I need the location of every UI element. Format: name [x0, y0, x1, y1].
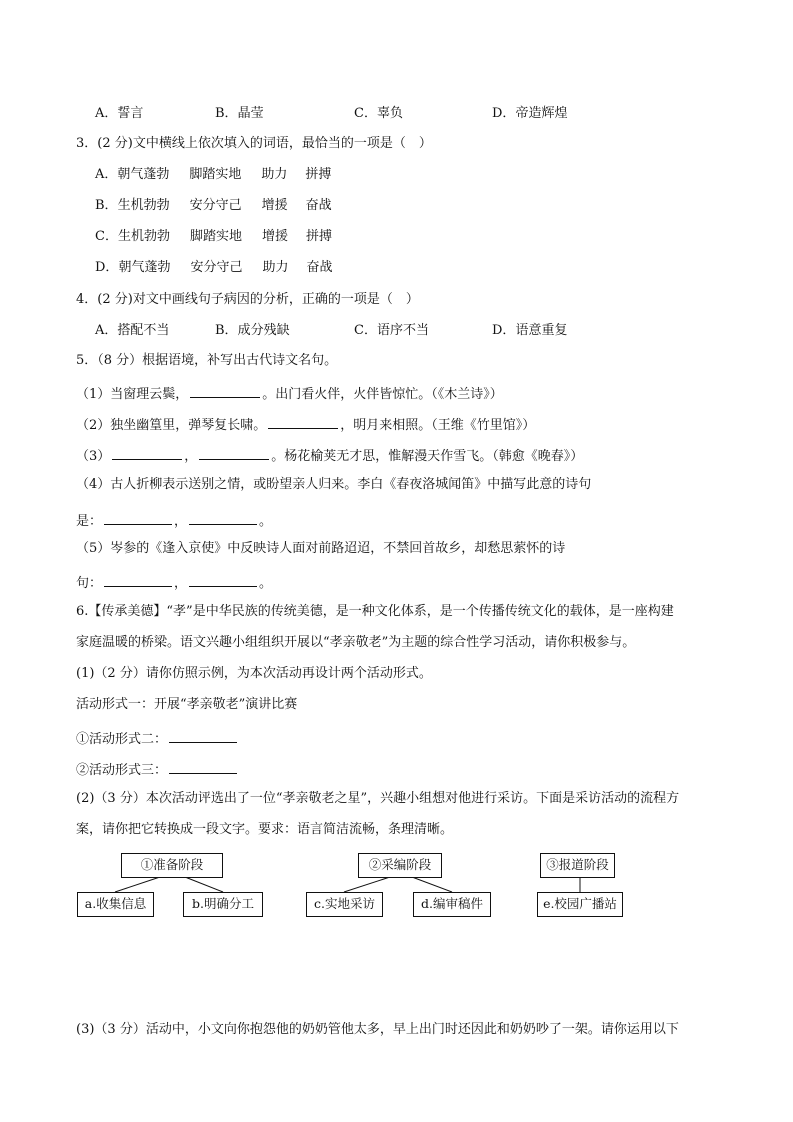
step-box-c: c.实地采访 — [306, 892, 383, 917]
step-box-b: b.明确分工 — [183, 892, 263, 917]
step-box-d: d.编审稿件 — [413, 892, 491, 917]
flowchart-connectors — [0, 0, 793, 1122]
stage-box-report: ③报道阶段 — [540, 853, 615, 878]
step-box-e: e.校园广播站 — [537, 892, 623, 917]
q6-sub3-stem-line1: (3)（3 分）活动中，小文向你抱怨他的奶奶管他太多，早上出门时还因此和奶奶吵了… — [76, 1022, 679, 1038]
step-box-a: a.收集信息 — [77, 892, 154, 917]
stage-box-edit: ②采编阶段 — [358, 853, 442, 878]
stage-box-prepare: ①准备阶段 — [121, 853, 223, 878]
